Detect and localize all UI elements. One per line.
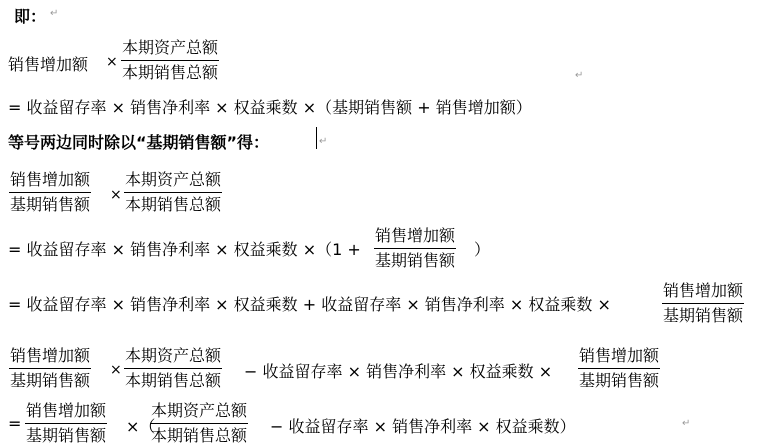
line3-fraction-2: 本期资产总额 本期销售总额: [124, 170, 222, 215]
equals-sign: =: [8, 414, 21, 433]
line6-middle: − 收益留存率 × 销售净利率 × 权益乘数 ×: [244, 359, 552, 382]
denominator: 基期销售额: [25, 426, 107, 446]
fraction-bar: [578, 368, 660, 369]
line4-prefix: = 收益留存率 × 销售净利率 × 权益乘数 ×（1 +: [8, 237, 361, 260]
line1-lhs: 销售增加额: [8, 52, 88, 75]
line7-suffix: − 收益留存率 × 销售净利率 × 权益乘数）: [270, 414, 576, 437]
line6-fraction-2: 本期资产总额 本期销售总额: [124, 346, 222, 391]
fraction-bar: [121, 60, 219, 61]
line3-fraction-1: 销售增加额 基期销售额: [9, 170, 91, 215]
fraction-bar: [9, 368, 91, 369]
times-symbol: ×: [106, 54, 118, 70]
times-symbol: ×: [110, 187, 122, 203]
denominator: 基期销售额: [578, 371, 660, 391]
instruction-text: 等号两边同时除以“基期销售额”得：: [8, 130, 269, 153]
fraction-bar: [124, 368, 222, 369]
line6-fraction-1: 销售增加额 基期销售额: [9, 346, 91, 391]
denominator: 基期销售额: [374, 251, 456, 271]
fraction-bar: [25, 423, 107, 424]
denominator: 基期销售额: [662, 306, 744, 326]
fraction-bar: [374, 248, 456, 249]
denominator: 本期销售总额: [124, 371, 222, 391]
numerator: 销售增加额: [25, 401, 107, 421]
line5-fraction: 销售增加额 基期销售额: [662, 281, 744, 326]
paragraph-mark: ↵: [319, 136, 327, 147]
numerator: 销售增加额: [9, 170, 91, 190]
denominator: 基期销售额: [9, 371, 91, 391]
numerator: 销售增加额: [578, 346, 660, 366]
denominator: 本期销售总额: [121, 63, 219, 83]
fraction-bar: [150, 423, 248, 424]
denominator: 本期销售总额: [124, 195, 222, 215]
line2-equation: = 收益留存率 × 销售净利率 × 权益乘数 ×（基期销售额 + 销售增加额）: [8, 95, 532, 118]
line4-fraction: 销售增加额 基期销售额: [374, 226, 456, 271]
fraction-bar: [124, 192, 222, 193]
numerator: 本期资产总额: [150, 401, 248, 421]
line5-prefix: = 收益留存率 × 销售净利率 × 权益乘数 + 收益留存率 × 销售净利率 ×…: [8, 292, 611, 315]
line6-fraction-3: 销售增加额 基期销售额: [578, 346, 660, 391]
heading-ji: 即：: [14, 4, 46, 27]
line7-fraction-2: 本期资产总额 本期销售总额: [150, 401, 248, 446]
line4-suffix: ）: [474, 237, 490, 260]
denominator: 基期销售额: [9, 195, 91, 215]
numerator: 销售增加额: [9, 346, 91, 366]
text-cursor: [316, 127, 317, 149]
numerator: 本期资产总额: [121, 38, 219, 58]
numerator: 销售增加额: [662, 281, 744, 301]
paragraph-mark: ↵: [682, 418, 690, 429]
line1-fraction: 本期资产总额 本期销售总额: [121, 38, 219, 83]
denominator: 本期销售总额: [150, 426, 248, 446]
line7-fraction-1: 销售增加额 基期销售额: [25, 401, 107, 446]
paragraph-mark: ↵: [575, 70, 583, 81]
times-symbol: ×: [110, 362, 122, 378]
paragraph-mark: ↵: [50, 8, 58, 19]
fraction-bar: [9, 192, 91, 193]
numerator: 销售增加额: [374, 226, 456, 246]
numerator: 本期资产总额: [124, 170, 222, 190]
fraction-bar: [662, 303, 744, 304]
numerator: 本期资产总额: [124, 346, 222, 366]
